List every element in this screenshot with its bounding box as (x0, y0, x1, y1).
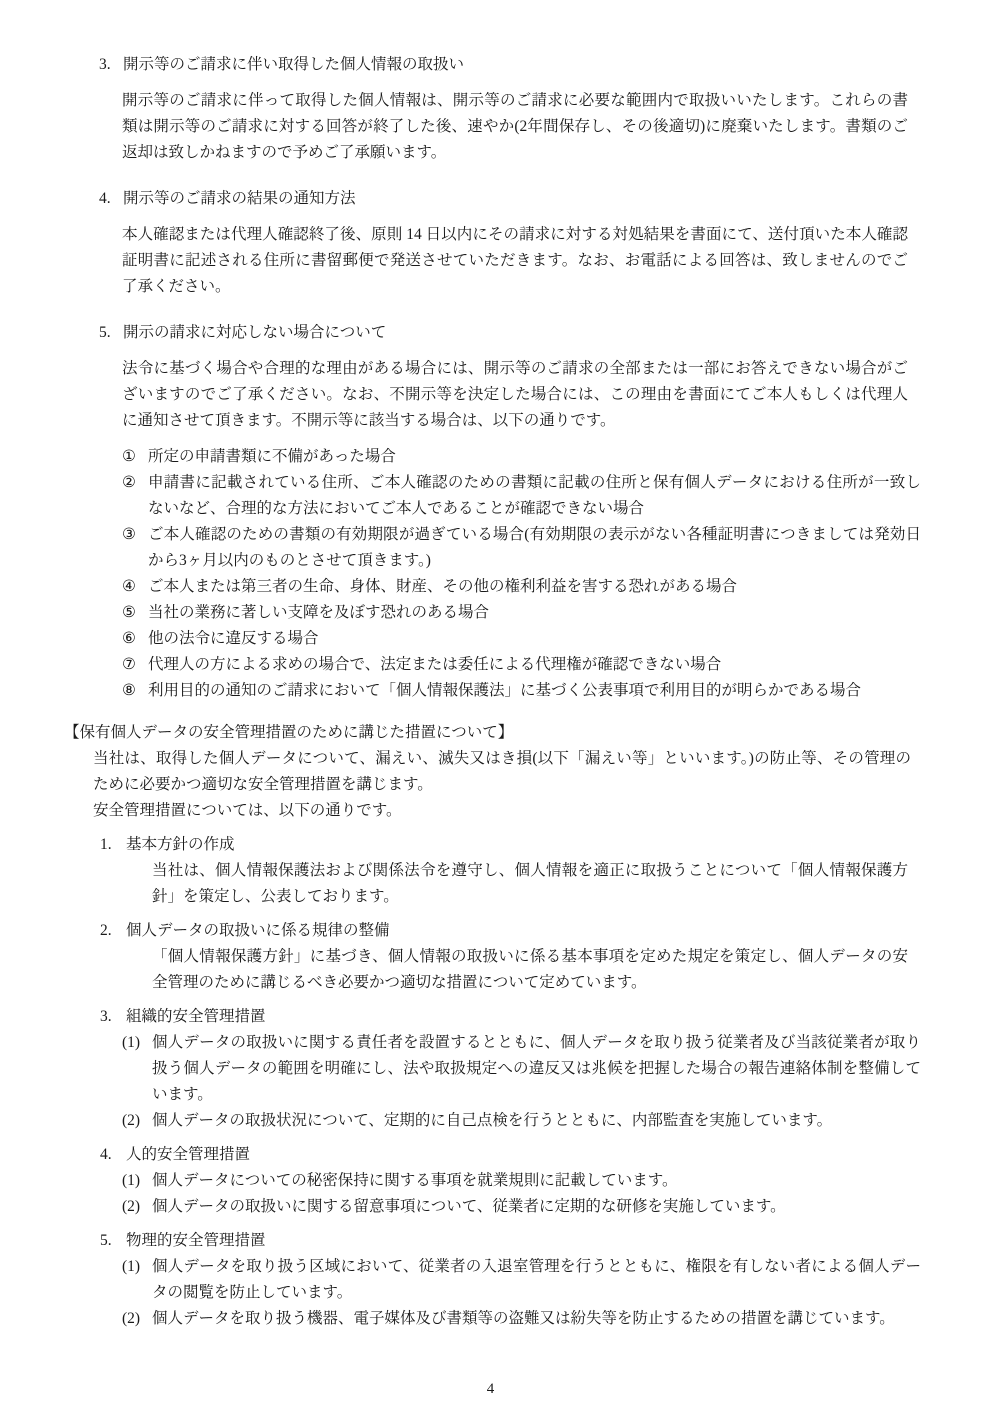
measure-organizational: 3. 組織的安全管理措置 (1) 個人データの取扱いに関する責任者を設置するとと… (0, 1004, 981, 1134)
item-text: ご本人確認のための書類の有効期限が過ぎている場合(有効期限の表示がない各種証明書… (148, 522, 921, 574)
section-body: 法令に基づく場合や合理的な理由がある場合には、開示等のご請求の全部または一部にお… (122, 356, 908, 434)
item-marker: ④ (122, 574, 148, 600)
list-item: ⑦ 代理人の方による求めの場合で、法定または委任による代理権が確認できない場合 (122, 652, 921, 678)
item-marker: (1) (122, 1030, 152, 1108)
section-number: 4. (99, 186, 123, 212)
measure-title: 物理的安全管理措置 (126, 1228, 266, 1254)
section-body: 本人確認または代理人確認終了後、原則 14 日以内にその請求に対する対処結果を書… (122, 222, 908, 300)
list-item: ① 所定の申請書類に不備があった場合 (122, 444, 921, 470)
list-item: ③ ご本人確認のための書類の有効期限が過ぎている場合(有効期限の表示がない各種証… (122, 522, 921, 574)
list-item: ⑤ 当社の業務に著しい支障を及ぼす恐れのある場合 (122, 600, 921, 626)
section-number: 3. (99, 52, 123, 78)
item-text: 個人データを取り扱う区域において、従業者の入退室管理を行うとともに、権限を有しな… (152, 1254, 921, 1306)
item-marker: ③ (122, 522, 148, 574)
item-marker: ② (122, 470, 148, 522)
item-marker: ⑦ (122, 652, 148, 678)
list-item: (2) 個人データの取扱いに関する留意事項について、従業者に定期的な研修を実施し… (122, 1194, 921, 1220)
measure-heading: 1. 基本方針の作成 (100, 832, 981, 858)
item-marker: (1) (122, 1168, 152, 1194)
section-body: 開示等のご請求に伴って取得した個人情報は、開示等のご請求に必要な範囲内で取扱いい… (122, 88, 908, 166)
list-item: ⑥ 他の法令に違反する場合 (122, 626, 921, 652)
item-text: 個人データについての秘密保持に関する事項を就業規則に記載しています。 (152, 1168, 921, 1194)
section-non-disclosure: 5. 開示の請求に対応しない場合について 法令に基づく場合や合理的な理由がある場… (0, 320, 981, 704)
measure-number: 4. (100, 1142, 126, 1168)
item-marker: ① (122, 444, 148, 470)
measure-physical: 5. 物理的安全管理措置 (1) 個人データを取り扱う区域において、従業者の入退… (0, 1228, 981, 1332)
item-text: 当社の業務に著しい支障を及ぼす恐れのある場合 (148, 600, 921, 626)
item-text: 代理人の方による求めの場合で、法定または委任による代理権が確認できない場合 (148, 652, 921, 678)
measure-title: 組織的安全管理措置 (126, 1004, 266, 1030)
measure-personnel: 4. 人的安全管理措置 (1) 個人データについての秘密保持に関する事項を就業規… (0, 1142, 981, 1220)
measure-heading: 3. 組織的安全管理措置 (100, 1004, 981, 1030)
item-text: 個人データの取扱状況について、定期的に自己点検を行うとともに、内部監査を実施して… (152, 1108, 921, 1134)
measure-number: 3. (100, 1004, 126, 1030)
section-title: 開示の請求に対応しない場合について (123, 320, 386, 346)
list-item: ② 申請書に記載されている住所、ご本人確認のための書類に記載の住所と保有個人デー… (122, 470, 921, 522)
item-text: 他の法令に違反する場合 (148, 626, 921, 652)
measure-item-list: (1) 個人データの取扱いに関する責任者を設置するとともに、個人データを取り扱う… (122, 1030, 921, 1134)
item-marker: ⑥ (122, 626, 148, 652)
measure-title: 基本方針の作成 (126, 832, 235, 858)
measure-heading: 2. 個人データの取扱いに係る規律の整備 (100, 918, 981, 944)
list-item: (1) 個人データを取り扱う区域において、従業者の入退室管理を行うとともに、権限… (122, 1254, 921, 1306)
list-item: (1) 個人データの取扱いに関する責任者を設置するとともに、個人データを取り扱う… (122, 1030, 921, 1108)
item-marker: (2) (122, 1108, 152, 1134)
document-page: 3. 開示等のご請求に伴い取得した個人情報の取扱い 開示等のご請求に伴って取得し… (0, 0, 981, 1408)
item-marker: ⑤ (122, 600, 148, 626)
list-item: ⑧ 利用目的の通知のご請求において「個人情報保護法」に基づく公表事項で利用目的が… (122, 678, 921, 704)
measure-item-list: (1) 個人データを取り扱う区域において、従業者の入退室管理を行うとともに、権限… (122, 1254, 921, 1332)
list-item: (2) 個人データを取り扱う機器、電子媒体及び書類等の盗難又は紛失等を防止するた… (122, 1306, 921, 1332)
item-text: 個人データの取扱いに関する留意事項について、従業者に定期的な研修を実施しています… (152, 1194, 921, 1220)
item-text: 個人データを取り扱う機器、電子媒体及び書類等の盗難又は紛失等を防止するための措置… (152, 1306, 921, 1332)
section-result-notification: 4. 開示等のご請求の結果の通知方法 本人確認または代理人確認終了後、原則 14… (0, 186, 981, 300)
measure-heading: 4. 人的安全管理措置 (100, 1142, 981, 1168)
list-item: ④ ご本人または第三者の生命、身体、財産、その他の権利利益を害する恐れがある場合 (122, 574, 921, 600)
section-number: 5. (99, 320, 123, 346)
section-request-handling: 3. 開示等のご請求に伴い取得した個人情報の取扱い 開示等のご請求に伴って取得し… (0, 52, 981, 166)
security-measures-section: 【保有個人データの安全管理措置のために講じた措置について】 当社は、取得した個人… (0, 720, 981, 1332)
measure-number: 2. (100, 918, 126, 944)
item-marker: (2) (122, 1194, 152, 1220)
security-intro-paragraph: 当社は、取得した個人データについて、漏えい、滅失又はき損(以下「漏えい等」といい… (93, 746, 911, 798)
measure-number: 5. (100, 1228, 126, 1254)
item-text: 個人データの取扱いに関する責任者を設置するとともに、個人データを取り扱う従業者及… (152, 1030, 921, 1108)
measure-title: 個人データの取扱いに係る規律の整備 (126, 918, 390, 944)
measure-item-list: (1) 個人データについての秘密保持に関する事項を就業規則に記載しています。 (… (122, 1168, 921, 1220)
list-item: (2) 個人データの取扱状況について、定期的に自己点検を行うとともに、内部監査を… (122, 1108, 921, 1134)
item-marker: (1) (122, 1254, 152, 1306)
section-title: 開示等のご請求の結果の通知方法 (123, 186, 356, 212)
item-text: 申請書に記載されている住所、ご本人確認のための書類に記載の住所と保有個人データに… (148, 470, 921, 522)
section-title: 開示等のご請求に伴い取得した個人情報の取扱い (123, 52, 464, 78)
list-item: (1) 個人データについての秘密保持に関する事項を就業規則に記載しています。 (122, 1168, 921, 1194)
measure-body: 「個人情報保護方針」に基づき、個人情報の取扱いに係る基本事項を定めた規定を策定し… (152, 944, 908, 996)
non-disclosure-item-list: ① 所定の申請書類に不備があった場合 ② 申請書に記載されている住所、ご本人確認… (122, 444, 921, 704)
section-heading: 5. 開示の請求に対応しない場合について (99, 320, 981, 346)
item-text: 利用目的の通知のご請求において「個人情報保護法」に基づく公表事項で利用目的が明ら… (148, 678, 921, 704)
section-heading: 4. 開示等のご請求の結果の通知方法 (99, 186, 981, 212)
item-marker: ⑧ (122, 678, 148, 704)
item-text: 所定の申請書類に不備があった場合 (148, 444, 921, 470)
item-text: ご本人または第三者の生命、身体、財産、その他の権利利益を害する恐れがある場合 (148, 574, 921, 600)
measure-heading: 5. 物理的安全管理措置 (100, 1228, 981, 1254)
security-measures-heading: 【保有個人データの安全管理措置のために講じた措置について】 (64, 720, 981, 746)
section-heading: 3. 開示等のご請求に伴い取得した個人情報の取扱い (99, 52, 981, 78)
measure-number: 1. (100, 832, 126, 858)
measure-title: 人的安全管理措置 (126, 1142, 250, 1168)
document-content: 3. 開示等のご請求に伴い取得した個人情報の取扱い 開示等のご請求に伴って取得し… (0, 0, 981, 1332)
page-number: 4 (0, 1376, 981, 1402)
measure-basic-policy: 1. 基本方針の作成 当社は、個人情報保護法および関係法令を遵守し、個人情報を適… (0, 832, 981, 910)
measure-body: 当社は、個人情報保護法および関係法令を遵守し、個人情報を適正に取扱うことについて… (152, 858, 908, 910)
security-intro-paragraph: 安全管理措置については、以下の通りです。 (93, 798, 911, 824)
item-marker: (2) (122, 1306, 152, 1332)
measure-rules: 2. 個人データの取扱いに係る規律の整備 「個人情報保護方針」に基づき、個人情報… (0, 918, 981, 996)
